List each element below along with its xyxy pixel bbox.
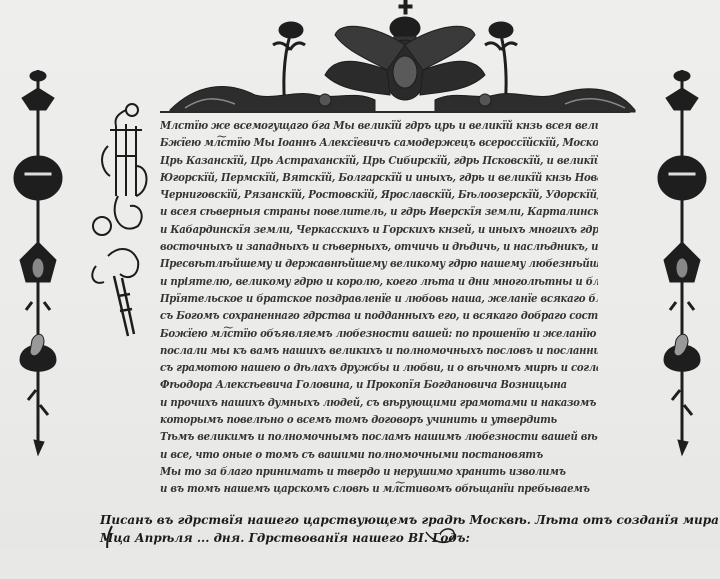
text-line: Фѣодора Алексѣевича Головина, и Прокопїя… — [160, 376, 598, 393]
manuscript-page: Млстїю же всемогущаго бга Мы великїй гдр… — [0, 0, 720, 579]
text-line: и въ томъ нашемъ царскомъ словѣ и мл͠сти… — [160, 480, 598, 497]
text-line: Прїятельское и братское поздравленїе и л… — [160, 290, 598, 307]
text-line: Черниговскїй, Рязанскїй, Ростовскїй, Яро… — [160, 186, 598, 203]
text-line: и Кабардинскїя земли, Черкасскихъ и Горс… — [160, 221, 598, 238]
text-line: Божїею мл͠стїю объявляемъ любезности ваш… — [160, 325, 598, 342]
ornamental-initial-monogram — [88, 96, 158, 346]
left-floral-border-ornament — [8, 70, 68, 460]
text-line: Тѣмъ великимъ и полномочнымъ посламъ наш… — [160, 428, 598, 445]
text-line: Мы то за благо принимать и твердо и неру… — [160, 463, 598, 480]
headpiece-rule-line — [160, 111, 630, 113]
closing-date-line: Писанъ въ гдрствїя нашего царствующемъ г… — [100, 513, 660, 531]
text-line: которымъ повелѣно о всемъ томъ договоръ … — [160, 411, 598, 428]
text-line: восточныхъ и западныхъ и сѣверныхъ, отчи… — [160, 238, 598, 255]
page-bottom-margin — [0, 548, 720, 579]
charter-closing: Писанъ въ гдрствїя нашего царствующемъ г… — [100, 513, 660, 549]
closing-reign-line: Мца Апрѣля ... дня. Гдрствованїя нашего … — [100, 531, 660, 549]
text-line: съ Богомъ сохраненнаго гдрства и подданн… — [160, 307, 598, 324]
text-line: и пріятелю, великому гдрю и королю, коег… — [160, 273, 598, 290]
text-line: Бжїею мл͠стїю Мы Іоаннъ Алексїевичъ само… — [160, 134, 598, 151]
text-line: и прочихъ нашихъ думныхъ людей, съ вѣрую… — [160, 394, 598, 411]
text-line: и всея сѣверныя страны повелитель, и гдр… — [160, 203, 598, 220]
crown-eagle-headpiece-ornament — [165, 0, 645, 118]
text-line: послали мы къ вамъ нашихъ великихъ и пол… — [160, 342, 598, 359]
text-line: съ грамотою нашею о дѣлахъ дружбы и любв… — [160, 359, 598, 376]
text-line: и все, что оные о томъ съ вашими полномо… — [160, 446, 598, 463]
text-line: Црь Казанскїй, Црь Астраханскїй, Црь Сиб… — [160, 152, 598, 169]
right-floral-border-ornament — [652, 70, 712, 460]
charter-body-text: Млстїю же всемогущаго бга Мы великїй гдр… — [160, 117, 636, 498]
text-line: Пресвѣтлѣйшему и державнѣйшему великому … — [160, 255, 598, 272]
text-line: Млстїю же всемогущаго бга Мы великїй гдр… — [160, 117, 598, 134]
text-line: Югорскїй, Пермскїй, Вятскїй, Болгарскїй … — [160, 169, 598, 186]
tail-flourish — [420, 520, 460, 550]
